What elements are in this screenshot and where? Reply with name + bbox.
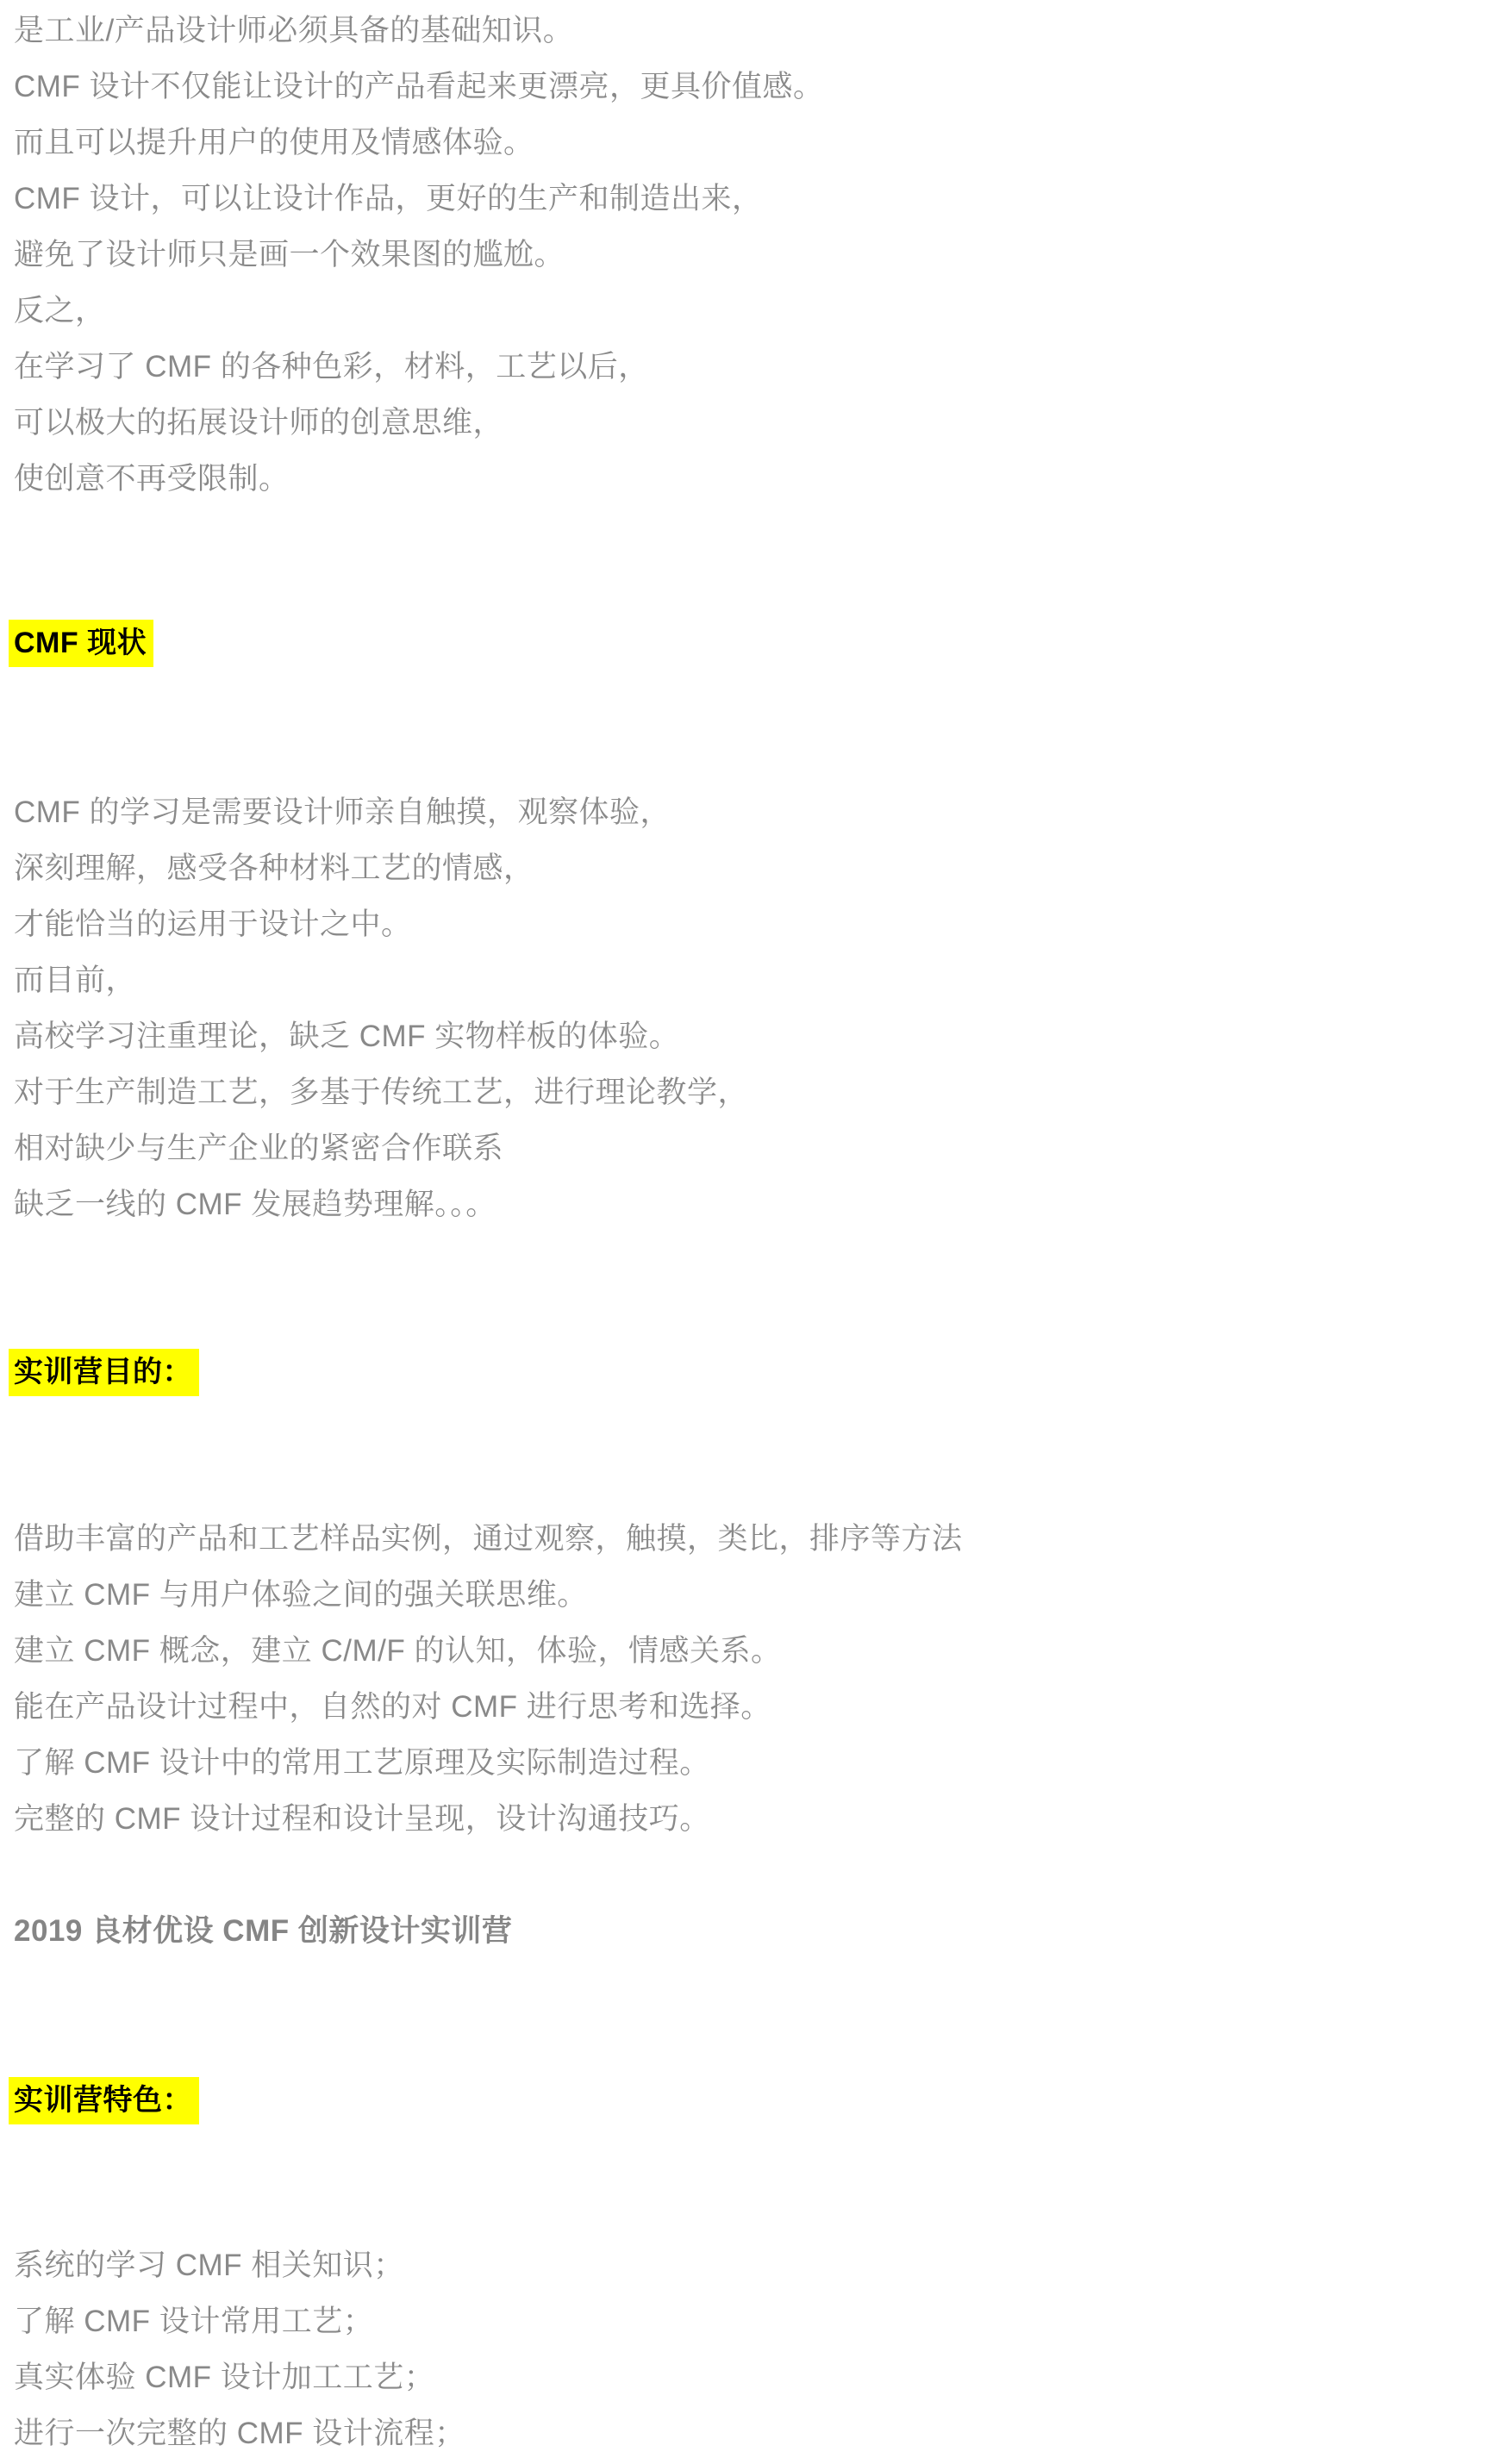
purpose-line: 完整的 CMF 设计过程和设计呈现，设计沟通技巧。	[14, 1791, 1471, 1847]
intro-line: 而且可以提升用户的使用及情感体验。	[14, 115, 1471, 171]
intro-line: 在学习了 CMF 的各种色彩，材料，工艺以后，	[14, 339, 1471, 395]
section-heading-row: 实训营目的：	[14, 1349, 1471, 1396]
status-line: CMF 的学习是需要设计师亲自触摸，观察体验，	[14, 784, 1471, 840]
purpose-paragraph: 借助丰富的产品和工艺样品实例，通过观察，触摸，类比，排序等方法 建立 CMF 与…	[14, 1511, 1471, 1847]
purpose-line: 能在产品设计过程中，自然的对 CMF 进行思考和选择。	[14, 1679, 1471, 1735]
status-line: 而目前，	[14, 952, 1471, 1008]
status-line: 深刻理解，感受各种材料工艺的情感，	[14, 840, 1471, 896]
article-body: 是工业/产品设计师必须具备的基础知识。 CMF 设计不仅能让设计的产品看起来更漂…	[0, 0, 1505, 2464]
status-line: 才能恰当的运用于设计之中。	[14, 896, 1471, 952]
intro-line: CMF 设计不仅能让设计的产品看起来更漂亮，更具价值感。	[14, 59, 1471, 115]
purpose-line: 借助丰富的产品和工艺样品实例，通过观察，触摸，类比，排序等方法	[14, 1511, 1471, 1567]
intro-line: CMF 设计，可以让设计作品，更好的生产和制造出来，	[14, 171, 1471, 227]
feature-line: 系统的学习 CMF 相关知识；	[14, 2237, 1471, 2293]
intro-line: 是工业/产品设计师必须具备的基础知识。	[14, 3, 1471, 59]
feature-line: 进行一次完整的 CMF 设计流程；	[14, 2405, 1471, 2461]
intro-line: 避免了设计师只是画一个效果图的尴尬。	[14, 227, 1471, 283]
purpose-line: 建立 CMF 与用户体验之间的强关联思维。	[14, 1567, 1471, 1623]
section-heading-row: CMF 现状	[14, 620, 1471, 667]
status-line: 对于生产制造工艺，多基于传统工艺，进行理论教学，	[14, 1064, 1471, 1120]
status-line: 缺乏一线的 CMF 发展趋势理解。。。	[14, 1176, 1471, 1232]
section-heading-row: 实训营特色：	[14, 2077, 1471, 2124]
purpose-line: 建立 CMF 概念，建立 C/M/F 的认知，体验，情感关系。	[14, 1623, 1471, 1679]
camp-title: 2019 良材优设 CMF 创新设计实训营	[14, 1903, 1471, 1959]
camp-features-heading: 实训营特色：	[9, 2077, 199, 2124]
features-paragraph: 系统的学习 CMF 相关知识； 了解 CMF 设计常用工艺； 真实体验 CMF …	[14, 2237, 1471, 2461]
intro-line: 反之，	[14, 283, 1471, 339]
purpose-line: 了解 CMF 设计中的常用工艺原理及实际制造过程。	[14, 1735, 1471, 1791]
feature-line: 了解 CMF 设计常用工艺；	[14, 2293, 1471, 2349]
camp-purpose-heading: 实训营目的：	[9, 1349, 199, 1396]
intro-line: 可以极大的拓展设计师的创意思维，	[14, 395, 1471, 451]
status-line: 相对缺少与生产企业的紧密合作联系	[14, 1120, 1471, 1176]
intro-line: 使创意不再受限制。	[14, 451, 1471, 507]
status-paragraph: CMF 的学习是需要设计师亲自触摸，观察体验， 深刻理解，感受各种材料工艺的情感…	[14, 784, 1471, 1232]
cmf-status-heading: CMF 现状	[9, 620, 153, 667]
feature-line: 真实体验 CMF 设计加工工艺；	[14, 2349, 1471, 2405]
status-line: 高校学习注重理论，缺乏 CMF 实物样板的体验。	[14, 1008, 1471, 1064]
